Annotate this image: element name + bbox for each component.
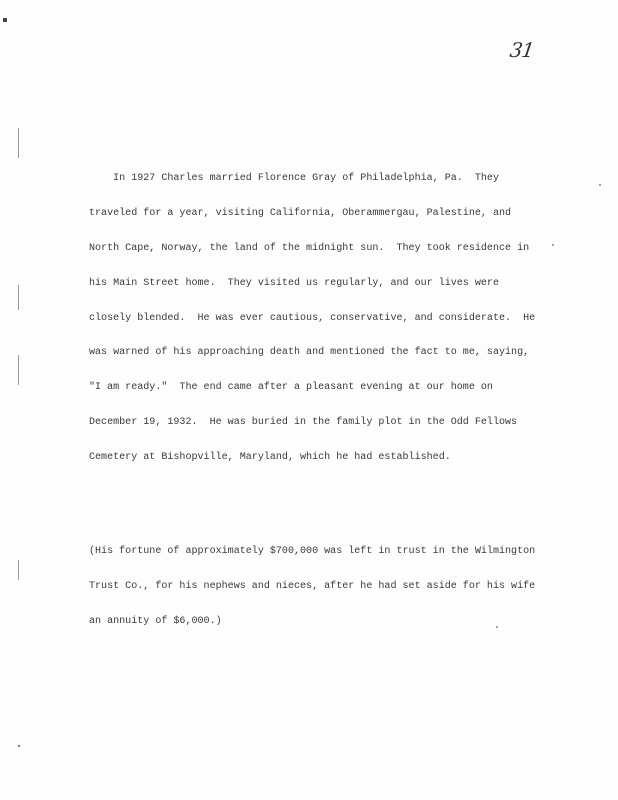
binding-line: [18, 285, 19, 310]
text-line: traveled for a year, visiting California…: [89, 208, 589, 220]
text-line: was warned of his approaching death and …: [89, 347, 589, 359]
text-line: an annuity of $6,000.): [89, 616, 589, 628]
binding-line: [18, 128, 19, 158]
text-line: (His fortune of approximately $700,000 w…: [89, 546, 589, 558]
text-line: December 19, 1932. He was buried in the …: [89, 417, 589, 429]
text-line: North Cape, Norway, the land of the midn…: [89, 243, 589, 255]
scan-speck: [18, 745, 20, 747]
text-line: In 1927 Charles married Florence Gray of…: [89, 173, 589, 185]
scan-speck: [599, 184, 601, 186]
paragraph-biography: In 1927 Charles married Florence Gray of…: [89, 149, 589, 487]
binding-line: [18, 560, 19, 580]
text-line: closely blended. He was ever cautious, c…: [89, 313, 589, 325]
text-line: Cemetery at Bishopville, Maryland, which…: [89, 452, 589, 464]
paragraph-fortune-note: (His fortune of approximately $700,000 w…: [89, 522, 589, 650]
binding-line: [18, 355, 19, 385]
text-line: his Main Street home. They visited us re…: [89, 278, 589, 290]
document-body: In 1927 Charles married Florence Gray of…: [89, 126, 589, 674]
document-page: 31 In 1927 Charles married Florence Gray…: [0, 0, 618, 800]
handwritten-page-number: 31: [508, 38, 535, 62]
text-line: "I am ready." The end came after a pleas…: [89, 382, 589, 394]
text-line: Trust Co., for his nephews and nieces, a…: [89, 581, 589, 593]
binding-mark: [3, 18, 7, 22]
